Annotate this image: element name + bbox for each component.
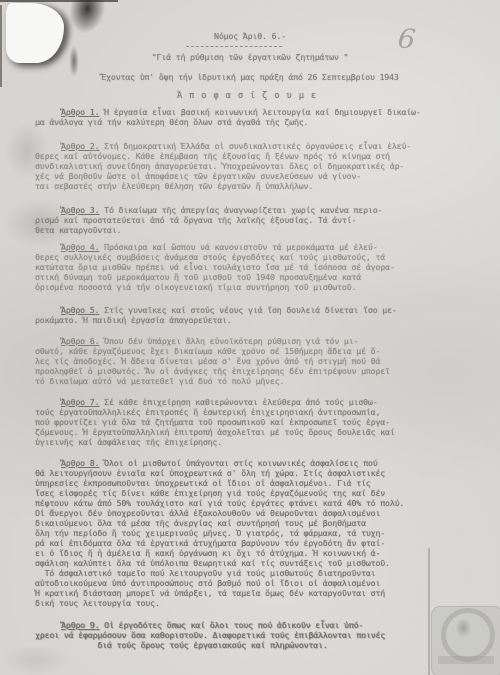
article-3-line: ρισμό καί προστατεύεται ἀπό τά ὄργανα τῆ… <box>35 215 475 225</box>
article-label: Ἄρθρο 1. <box>61 107 99 117</box>
article-label: Ἄρθρο 6. <box>61 336 99 346</box>
article-label: Ἄρθρο 2. <box>61 141 99 151</box>
article-label: Ἄρθρο 4. <box>61 242 99 252</box>
article-8-line: ρά καί ἐπιδόματα ὅλα τά ἐργατικά ἀτυχήμα… <box>35 538 475 548</box>
scanned-document-page: Νόμος Ἀριθ. 6.- "Γιά τή ρύθμιση τῶν ἐργα… <box>0 0 500 675</box>
article-label: Ἄρθρο 5. <box>61 305 99 315</box>
article-label: Ἄρθρο 9. <box>61 620 99 630</box>
watermark-bar <box>438 656 494 664</box>
article-5-line: Ἄρθρο 5. Στίς γυναῖκες καί στούς νέους γ… <box>35 305 475 315</box>
article-9-line: Ἄρθρο 9. Οἱ ἐργοδότες ὅπως καί ὅλοι τους… <box>35 620 475 630</box>
article-8-line: Ἄρθρο 8. Ὅλοι οἱ μισθωτοί ὑπάγονται στίς… <box>35 458 475 468</box>
article-6-line: Ἄρθρο 6. Ὅπου δέν ὑπάρχει ἄλλη εὐνοϊκότε… <box>35 336 475 346</box>
article-8-continued-line: Τό ἀσφαλιστικό ταμεῖο πού λειτουργοῦν γι… <box>35 568 475 578</box>
article-4-line: κατώτατα ὅρια μισθῶν πρέπει νά εἶναι του… <box>35 262 475 272</box>
article-2-line: Ἄρθρο 2. Στή δημοκρατική Ἑλλάδα οἱ συνδι… <box>35 141 475 151</box>
article-7-line: τούς ἐργατοϋπαλληλικές ἐπιτροπές ἤ ἐσωτε… <box>35 407 475 417</box>
article-label: Ἄρθρο 7. <box>61 397 99 407</box>
document-title: "Γιά τή ρύθμιση τῶν ἐργατικῶν ζητημάτων … <box>0 52 500 62</box>
article-7-line: ζόμενους. Ἡ ἐργατοϋπαλληλική ἐπιτροπή ἀσ… <box>35 427 475 437</box>
article-2-line: θερες καί αὐτόνομες. Κάθε ἐπέμβαση τῆς ἐ… <box>35 151 475 161</box>
article-6: Ἄρθρο 6. Ὅπου δέν ὑπάρχει ἄλλη εὐνοϊκότε… <box>35 336 475 386</box>
article-4-line: ὁρισμένα ποσοστά γιά τήν οἰκογενειακή τί… <box>35 282 475 292</box>
article-1: Ἄρθρο 1. Ἡ ἐργασία εἶναι βασική κοινωνικ… <box>35 107 475 127</box>
article-8-continued-line: αὐτοδιοικούμενα ὑπό ἀντιπροσώπους στό βα… <box>35 578 475 588</box>
article-4-line: Ἄρθρο 4. Πρόσκαιρα καί ὥσπου νά κανονιστ… <box>35 242 475 252</box>
article-7-line: Ἄρθρο 7. Σέ κάθε ἐπιχείρηση καθιερώνοντα… <box>35 397 475 407</box>
article-3-line: Ἄρθρο 3. Τό δικαίωμα τῆς ἀπεργίας ἀναγνω… <box>35 205 475 215</box>
watermark-emblem-icon <box>456 620 471 637</box>
article-6-line: λες τίς ἀποδοχές. Ἡ ἄδεια δίνεται μέσα σ… <box>35 356 475 366</box>
law-number: Νόμος Ἀριθ. 6.- <box>0 31 500 41</box>
article-8-line: πέφτουν κάτω ἀπό 50% τουλάχιστο καί γιά … <box>35 498 475 508</box>
article-label: Ἄρθρο 8. <box>61 458 99 468</box>
article-2: Ἄρθρο 2. Στή δημοκρατική Ἑλλάδα οἱ συνδι… <box>35 141 475 191</box>
article-9: Ἄρθρο 9. Οἱ ἐργοδότες ὅπως καί ὅλοι τους… <box>35 620 475 650</box>
article-8-line: Οἱ ἄνεργοι δέν ὑποχρεοῦνται ἀλλά ἐξακολο… <box>35 508 475 518</box>
article-7-line: πού φροντίζει γιά ὅλα τά ζητήματα τοῦ πρ… <box>35 417 475 427</box>
article-4-line: θερες συλλογικές συμβάσεις ἀνάμεσα στούς… <box>35 252 475 262</box>
article-9-line: διά τούς ὅρους τούς ἐργασιακούς καί πληρ… <box>35 640 475 650</box>
article-4-line: στική δύναμη τοῦ μεροκάματου ἤ τοῦ μισθο… <box>35 272 475 282</box>
article-8-line: ὅλη τήν περίοδο ἤ τούς χειμερινούς μῆνες… <box>35 528 475 538</box>
article-8-line: ει ὁ ἴδιος ἤ ἡ ἀμέλεια ἤ κακή ὀργάνωση κ… <box>35 548 475 558</box>
article-6-line: προσληφθεῖ ὁ μισθωτός. Ἄν οἱ ἀνάγκες τῆς… <box>35 366 475 376</box>
article-3-line: θετα καταργοῦνται. <box>35 225 475 235</box>
article-2-line: συνδικαλιστική συνείδηση ἀπαγορεύεται. Ὑ… <box>35 161 475 171</box>
article-8-continued-line: δική τους λειτουργία τους. <box>35 598 475 608</box>
law-number-underline <box>186 46 282 47</box>
article-6-line: σθωτό, κάθε ἐργαζόμενος ἔχει δικαίωμα κά… <box>35 346 475 356</box>
article-8-line: σφάλιση καλύπτει ὅλα τά ὑπόλοιπα θεωρητι… <box>35 558 475 568</box>
article-8-line: ὑπηρεσίες ἐκπροσωποῦνται ὑποχρεωτικά οἱ … <box>35 478 475 488</box>
article-5-line: ροκάματο. Ἡ παιδική ἐργασία ἀπαγορεύεται… <box>35 315 475 325</box>
article-6-line: τό δικαίωμα αὐτό νά μετατεθεῖ γιά δυό τό… <box>35 376 475 386</box>
article-9-line: χρεοι νά ἐφαρμόσουν ὅσα καθοριστοῦν. Δια… <box>35 630 475 640</box>
article-8: Ἄρθρο 8. Ὅλοι οἱ μισθωτοί ὑπάγονται στίς… <box>35 458 475 568</box>
pencil-mark: 6 <box>396 23 417 56</box>
decision-word: Ἀποφασίζουμε <box>0 91 500 101</box>
article-8-line: ἴσες εἰσφορές τίς δίνει κάθε ἐπιχείρηση … <box>35 488 475 498</box>
article-2-line: χές νά βοηθοῦν ὥστε οἱ ἀποφάσεις τῶν ἐργ… <box>35 171 475 181</box>
watermark-flagpole <box>428 548 430 675</box>
article-1-line: μα ἀνάλογα γιά τήν καλύτερη θέση ὅλων στ… <box>35 117 475 127</box>
article-8-continued-line: Ἡ κρατική διάσταση μπορεῖ νά ὑπάρξει, τά… <box>35 588 475 598</box>
article-8-line: δικαιούμενοι ὅλα τά μέσα τῆς ἀνεργίας κα… <box>35 518 475 528</box>
article-8-line: θά λειτουργήσουν ἑνιαῖα καί ὑποχρεωτικά … <box>35 468 475 478</box>
preamble-line: Ἔχοντας ὑπ' ὄψη τήν ἱδρυτική μας πράξη ἀ… <box>0 72 500 82</box>
article-8-continued: Τό ἀσφαλιστικό ταμεῖο πού λειτουργοῦν γι… <box>35 568 475 608</box>
article-1-line: Ἄρθρο 1. Ἡ ἐργασία εἶναι βασική κοινωνικ… <box>35 107 475 117</box>
article-2-line: ται σεβαστές στήν ἐλεύθερη θέληση τῶν ἐρ… <box>35 181 475 191</box>
article-label: Ἄρθρο 3. <box>61 205 99 215</box>
ink-stain-streak <box>66 42 82 90</box>
article-3: Ἄρθρο 3. Τό δικαίωμα τῆς ἀπεργίας ἀναγνω… <box>35 205 475 235</box>
article-7-line: ὑγιεινῆς καί ἀσφάλειας τῆς ἐπιχείρησης. <box>35 437 475 447</box>
article-5: Ἄρθρο 5. Στίς γυναῖκες καί στούς νέους γ… <box>35 305 475 325</box>
article-4: Ἄρθρο 4. Πρόσκαιρα καί ὥσπου νά κανονιστ… <box>35 242 475 292</box>
article-7: Ἄρθρο 7. Σέ κάθε ἐπιχείρηση καθιερώνοντα… <box>35 397 475 447</box>
